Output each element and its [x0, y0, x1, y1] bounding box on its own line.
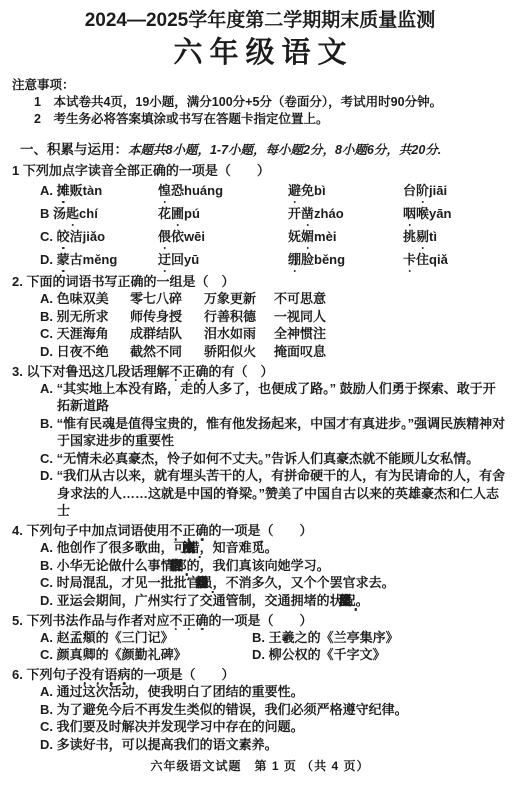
- option-cell: 偎依wēi: [158, 225, 288, 248]
- option-line: D. 亚运会期间，广州实行了交通管制，交通拥堵的状况戛然而止。: [40, 592, 508, 610]
- notice-item: 1 本试卷共4页，19小题，满分100分+5分（卷面分），考试用时90分钟。: [34, 94, 508, 111]
- question-q6: 6. 下列句子没有语病的一项是（ ）A. 通过这次活动，使我明白了团结的重要性。…: [12, 666, 508, 753]
- option-row: C. 天涯海角成群结队泪水如雨全神惯注: [40, 325, 508, 343]
- emphasis-dot-char: 有: [91, 666, 104, 683]
- emphasis-dot-char: 阶: [416, 179, 429, 202]
- exam-session-title: 2024—2025学年度第二学期期末质量监测: [12, 10, 508, 32]
- section-heading: 一、积累与运用：本题共8小题，1-7小题，每小题2分，8小题6分，共20分.: [20, 141, 508, 159]
- option-cell: 妩媚mèi: [288, 225, 403, 248]
- option-cell: 万象更新: [204, 290, 274, 308]
- option-cell: 咽喉yān: [403, 202, 508, 225]
- notice-item: 2 考生务必将答案填涂或书写在答题卡指定位置上。: [34, 111, 508, 128]
- emphasis-dot-char: 皎: [57, 225, 70, 248]
- option-cell: B 汤匙chí: [40, 202, 158, 225]
- option-row: D. 日夜不绝截然不同骄阳似火掩面叹息: [40, 343, 508, 361]
- option-line: A. “其实地上本没有路，走的人多了，也便成了路。” 鼓励人们勇于探索、敢于开拓…: [40, 380, 508, 415]
- question-title: 3. 以下对鲁迅这几段话理解不正确的有（ ）: [12, 363, 508, 380]
- option-cell: A. 摊贩tàn: [40, 179, 158, 202]
- emphasis-dot-char: 正: [182, 522, 195, 539]
- page-footer: 六年级语文试题 第 1 页 （共 4 页）: [0, 757, 520, 774]
- notice-list: 1 本试卷共4页，19小题，满分100分+5分（卷面分），考试用时90分钟。2 …: [12, 94, 508, 128]
- emphasis-dot-char: 绷: [288, 248, 301, 271]
- emphasis-dot-char: 迂: [158, 248, 171, 271]
- option-cell: 全神惯注: [274, 325, 508, 343]
- emphasis-dot-char: 避: [288, 179, 301, 202]
- emphasis-dot-char: 不: [169, 363, 182, 380]
- question-title: 1 下列加点字读音全部正确的一项是（ ）: [12, 162, 508, 179]
- emphasis-dot-char: 正: [182, 363, 195, 380]
- exam-subject-title: 六年级语文: [12, 36, 508, 70]
- emphasis-dot-char: 媚: [301, 225, 314, 248]
- option-line: A. 通过这次活动，使我明白了团结的重要性。: [40, 683, 508, 701]
- emphasis-dot-char: 确: [196, 363, 209, 380]
- option-cell: 惶恐huáng: [158, 179, 288, 202]
- option-cell: 避免bì: [288, 179, 403, 202]
- option-cell: C. 皎洁jiǎo: [40, 225, 158, 248]
- option-cell: D. 柳公权的《千字文》: [252, 646, 508, 664]
- emphasis-dot-char: 凿: [301, 202, 314, 225]
- emphasis-dot-char: 卡: [403, 248, 416, 271]
- option-line: B. 为了避免今后不再发生类似的错误，我们必须严格遵守纪律。: [40, 701, 508, 719]
- emphasis-dot-char: 语: [105, 666, 118, 683]
- section-title: 一、积累与运用：: [20, 142, 128, 157]
- section-meta: 本题共8小题，1-7小题，每小题2分，8小题6分，共20分.: [128, 143, 441, 157]
- emphasis-dot-char: 确: [196, 522, 209, 539]
- emphasis-dot-char: 不: [169, 522, 182, 539]
- question-title: 6. 下列句子没有语病的一项是（ ）: [12, 666, 508, 683]
- emphasis-dot-char: 病: [118, 666, 131, 683]
- emphasis-dot-char: 确: [196, 612, 209, 629]
- question-title: 5. 下列书法作品与作者对应不正确的一项是（ ）: [12, 612, 508, 629]
- option-cell: 泪水如雨: [204, 325, 274, 343]
- emphasis-dot-char: 咽: [403, 202, 416, 225]
- option-cell: 行善积德: [204, 308, 274, 326]
- option-cell: B. 别无所求: [40, 308, 130, 326]
- notice-heading: 注意事项：: [12, 77, 508, 94]
- option-cell: C. 天涯海角: [40, 325, 130, 343]
- emphasis-dot-char: 匙: [66, 202, 79, 225]
- question-q2: 2. 下面的词语书写正确的一组是（ ）A. 色味双美零七八碎万象更新不可思意B.…: [12, 273, 508, 360]
- option-line: C. 我们要及时解决并发现学习中存在的问题。: [40, 718, 508, 736]
- option-line: C. 时局混乱，才见一批批官员粉墨登场，不消多久，又个个罢官求去。: [40, 574, 508, 592]
- option-row: A. 摊贩tàn惶恐huáng避免bì台阶jiāi: [40, 179, 508, 202]
- question-q5: 5. 下列书法作品与作者对应不正确的一项是（ ）A. 赵孟頫的《三门记》B. 王…: [12, 612, 508, 664]
- option-cell: D. 蒙古měng: [40, 248, 158, 271]
- option-line: D. “我们从古以来，就有埋头苦干的人，有拼命硬干的人，有为民请命的人，有舍身求…: [40, 467, 508, 520]
- option-row: C. 皎洁jiǎo偎依wēi妩媚mèi挑剔tì: [40, 225, 508, 248]
- option-cell: 花圃pú: [158, 202, 288, 225]
- option-row: A. 色味双美零七八碎万象更新不可思意: [40, 290, 508, 308]
- option-cell: 卡住qiǎ: [403, 248, 508, 271]
- option-cell: 不可思意: [274, 290, 508, 308]
- option-cell: 绷脸běng: [288, 248, 403, 271]
- option-row: D. 蒙古měng迂回yū绷脸běng卡住qiǎ: [40, 248, 508, 271]
- option-row: C. 颜真卿的《颜勤礼碑》D. 柳公权的《千字文》: [40, 646, 508, 664]
- emphasis-dot-char: 摊: [57, 179, 70, 202]
- option-line: D. 多读好书，可以提高我们的语文素养。: [40, 736, 508, 754]
- option-cell: 骄阳似火: [204, 343, 274, 361]
- emphasis-dot-char: 不: [169, 612, 182, 629]
- option-cell: 挑剔tì: [403, 225, 508, 248]
- option-cell: 开凿zháo: [288, 202, 403, 225]
- emphasis-dot-char: 惶: [158, 179, 171, 202]
- question-title: 4. 下列句子中加点词语使用不正确的一项是（ ）: [12, 522, 508, 539]
- emphasis-dot-char: 圃: [171, 202, 184, 225]
- option-cell: 掩面叹息: [274, 343, 508, 361]
- option-cell: 截然不同: [130, 343, 204, 361]
- option-cell: A. 色味双美: [40, 290, 130, 308]
- option-cell: 成群结队: [130, 325, 204, 343]
- question-q4: 4. 下列句子中加点词语使用不正确的一项是（ ）A. 他创作了很多歌曲，可惜高山…: [12, 522, 508, 609]
- option-cell: 零七八碎: [130, 290, 204, 308]
- option-row: B 汤匙chí花圃pú开凿zháo咽喉yān: [40, 202, 508, 225]
- option-row: B. 别无所求师传身授行善积德一视同人: [40, 308, 508, 326]
- question-q1: 1 下列加点字读音全部正确的一项是（ ）A. 摊贩tàn惶恐huáng避免bì台…: [12, 162, 508, 271]
- option-line: C. “无情未必真豪杰，怜子如何不丈夫。”告诉人们真豪杰就不能顾儿女私情。: [40, 450, 508, 468]
- option-line: B. “惟有民魂是值得宝贵的，惟有他发扬起来，中国才有真进步。”强调民族精神对于…: [40, 415, 508, 450]
- option-cell: 台阶jiāi: [403, 179, 508, 202]
- option-cell: 一视同人: [274, 308, 508, 326]
- option-cell: C. 颜真卿的《颜勤礼碑》: [40, 646, 252, 664]
- emphasis-dot-char: 蒙: [57, 248, 70, 271]
- option-cell: A. 赵孟頫的《三门记》: [40, 629, 252, 647]
- emphasis-dot-char: 没: [78, 666, 91, 683]
- question-title: 2. 下面的词语书写正确的一组是（ ）: [12, 273, 508, 290]
- emphasis-dot-char: 偎: [158, 225, 171, 248]
- option-line: A. 他创作了很多歌曲，可惜高山流水，知音难觅。: [40, 539, 508, 557]
- option-cell: D. 日夜不绝: [40, 343, 130, 361]
- emphasis-dot-char: 正: [182, 612, 195, 629]
- questions-area: 1 下列加点字读音全部正确的一项是（ ）A. 摊贩tàn惶恐huáng避免bì台…: [12, 162, 508, 754]
- option-cell: 师传身授: [130, 308, 204, 326]
- option-row: A. 赵孟頫的《三门记》B. 王羲之的《兰亭集序》: [40, 629, 508, 647]
- exam-paper-page: 2024—2025学年度第二学期期末质量监测 六年级语文 注意事项： 1 本试卷…: [0, 0, 520, 790]
- option-cell: B. 王羲之的《兰亭集序》: [252, 629, 508, 647]
- question-q3: 3. 以下对鲁迅这几段话理解不正确的有（ ）A. “其实地上本没有路，走的人多了…: [12, 363, 508, 520]
- option-cell: 迂回yū: [158, 248, 288, 271]
- emphasis-dot-char: 剔: [416, 225, 429, 248]
- option-line: B. 小华无论做什么事情都有板有眼的，我们真该向她学习。: [40, 557, 508, 575]
